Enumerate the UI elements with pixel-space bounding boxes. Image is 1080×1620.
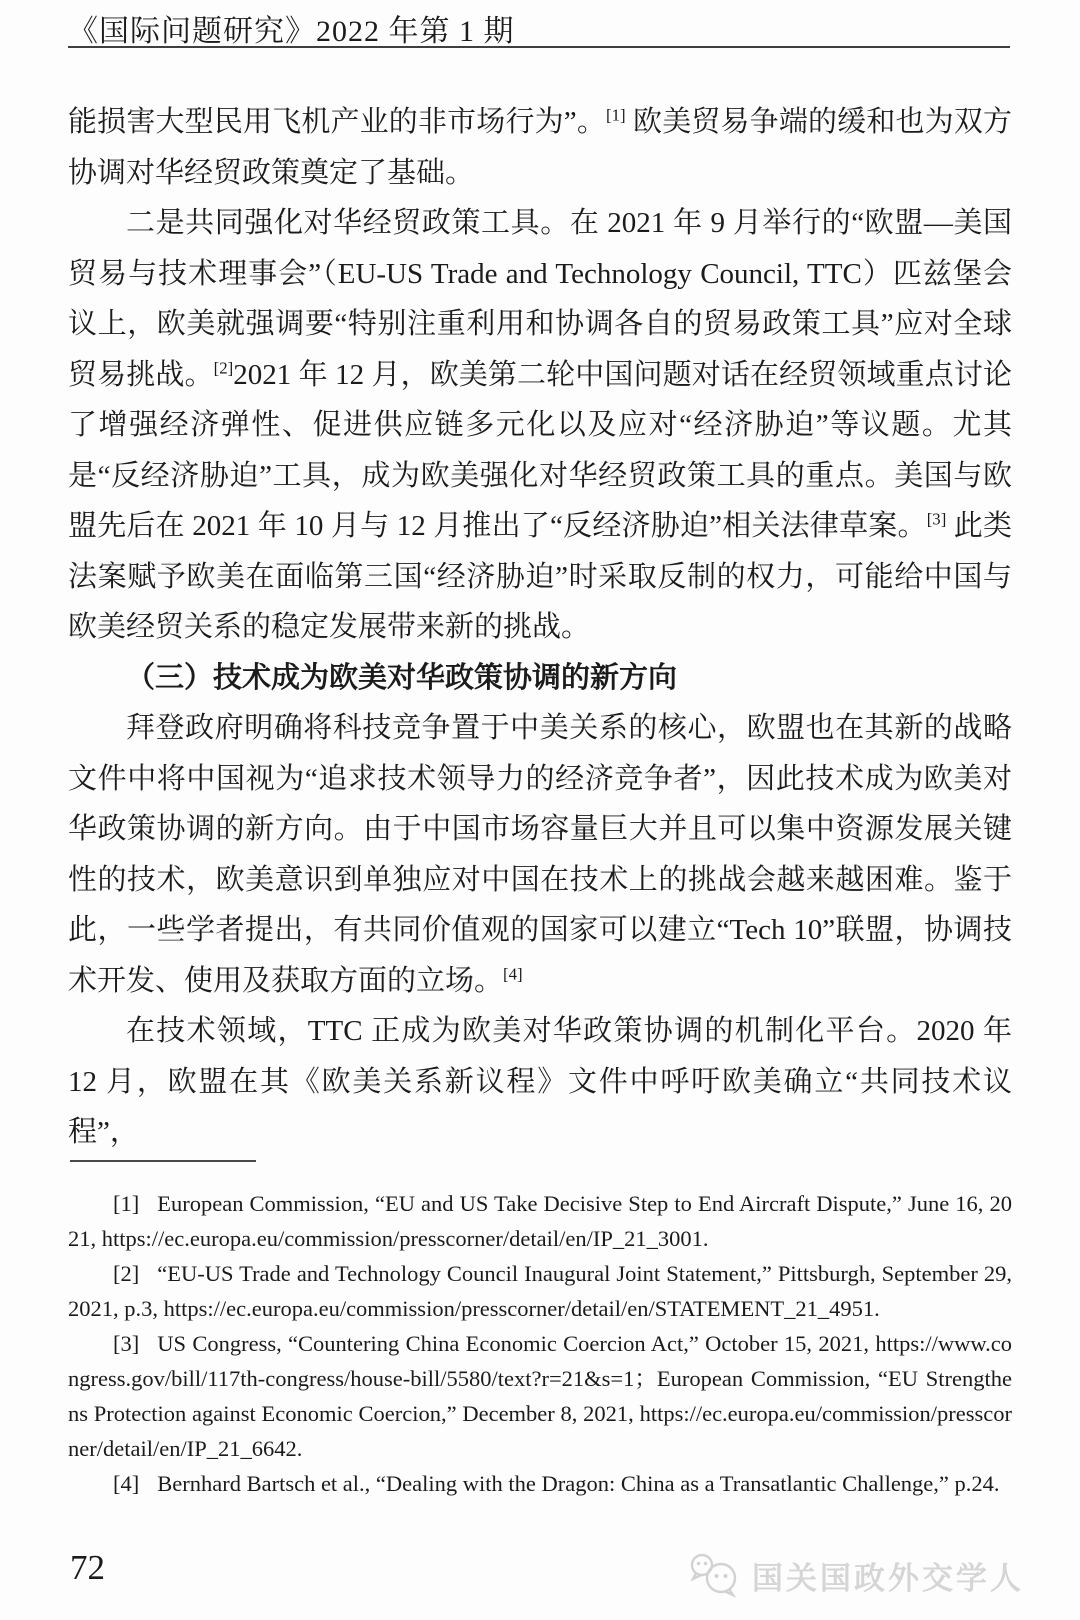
journal-page: 《国际问题研究》2022 年第 1 期 能损害大型民用飞机产业的非市场行为”。[…	[0, 0, 1080, 1620]
paragraph-text: 拜登政府明确将科技竞争置于中美关系的核心，欧盟也在其新的战略文件中将中国视为“追…	[68, 712, 1012, 997]
footnote-marker: [3]	[113, 1331, 139, 1356]
section-heading: （三）技术成为欧美对华政策协调的新方向	[68, 653, 1012, 704]
footnote-text: “EU-US Trade and Technology Council Inau…	[68, 1261, 1012, 1321]
footnote-item: [3]US Congress, “Countering China Econom…	[68, 1326, 1012, 1466]
footnote-item: [2]“EU-US Trade and Technology Council I…	[68, 1256, 1012, 1326]
article-body: 能损害大型民用飞机产业的非市场行为”。[1] 欧美贸易争端的缓和也为双方协调对华…	[68, 97, 1012, 1158]
footnote-ref-2: [2]	[214, 358, 234, 377]
page-number: 72	[70, 1548, 105, 1588]
footnote-ref-3: [3]	[927, 509, 947, 528]
footnote-marker: [1]	[113, 1191, 139, 1216]
footnote-item: [4]Bernhard Bartsch et al., “Dealing wit…	[68, 1466, 1012, 1501]
footnote-marker: [2]	[113, 1261, 139, 1286]
body-paragraph: 能损害大型民用飞机产业的非市场行为”。[1] 欧美贸易争端的缓和也为双方协调对华…	[68, 97, 1012, 198]
footnote-divider	[70, 1160, 256, 1162]
footnotes-section: [1]European Commission, “EU and US Take …	[68, 1160, 1012, 1501]
footnote-text: Bernhard Bartsch et al., “Dealing with t…	[157, 1471, 999, 1496]
body-paragraph: 二是共同强化对华经贸政策工具。在 2021 年 9 月举行的“欧盟—美国贸易与技…	[68, 198, 1012, 653]
paragraph-text: 在技术领域，TTC 正成为欧美对华政策协调的机制化平台。2020 年 12 月，…	[68, 1015, 1012, 1148]
footnote-marker: [4]	[113, 1471, 139, 1496]
footnote-ref-1: [1]	[606, 105, 626, 124]
body-paragraph: 拜登政府明确将科技竞争置于中美关系的核心，欧盟也在其新的战略文件中将中国视为“追…	[68, 703, 1012, 1006]
footnote-item: [1]European Commission, “EU and US Take …	[68, 1186, 1012, 1256]
footnote-text: US Congress, “Countering China Economic …	[68, 1331, 1012, 1461]
wechat-chat-bubbles-icon	[688, 1552, 742, 1598]
watermark-text: 国关国政外交学人	[752, 1553, 1024, 1598]
footnote-ref-4: [4]	[503, 964, 523, 983]
watermark: 国关国政外交学人	[688, 1552, 1024, 1598]
body-paragraph: 在技术领域，TTC 正成为欧美对华政策协调的机制化平台。2020 年 12 月，…	[68, 1006, 1012, 1158]
header-divider	[68, 46, 1010, 48]
footnote-text: European Commission, “EU and US Take Dec…	[68, 1191, 1012, 1251]
journal-header: 《国际问题研究》2022 年第 1 期	[68, 6, 1012, 50]
paragraph-text: 能损害大型民用飞机产业的非市场行为”。	[68, 106, 606, 138]
